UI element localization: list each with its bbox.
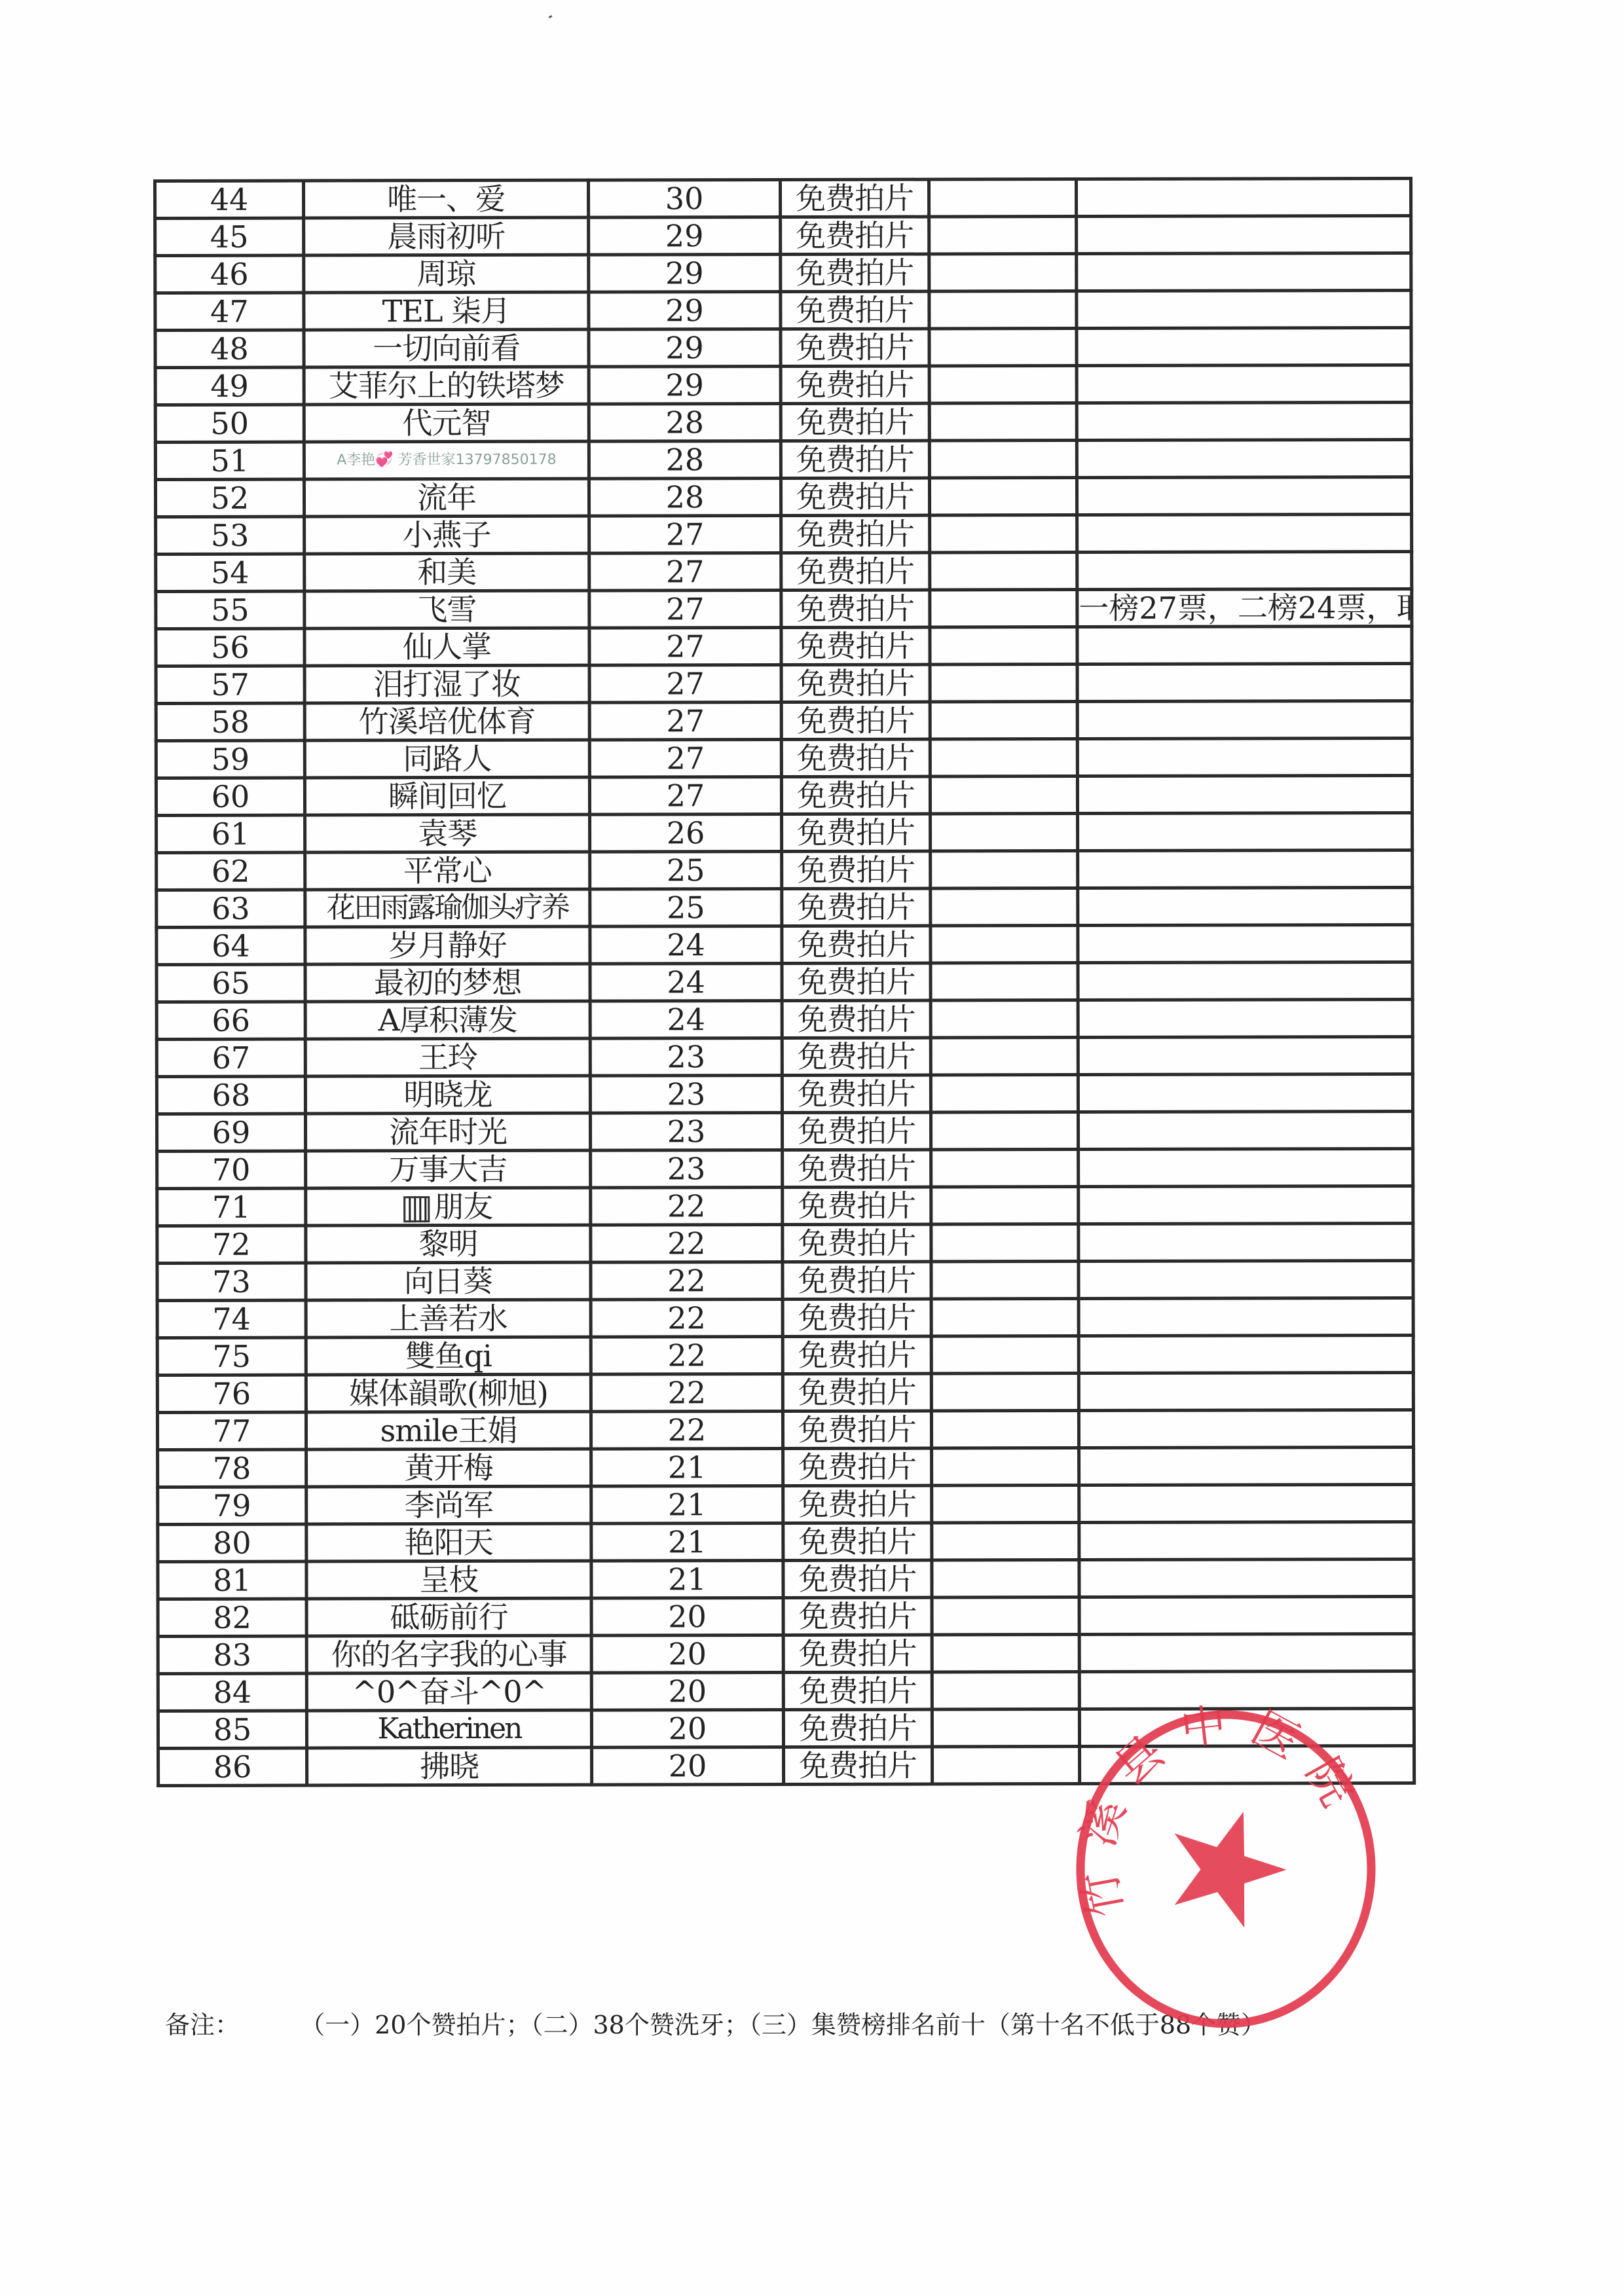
name-cell: 周琼 — [304, 255, 589, 293]
prize-cell: 免费拍片 — [781, 329, 929, 366]
name-cell: 艾菲尔上的铁塔梦 — [304, 367, 589, 405]
empty-cell — [932, 1672, 1079, 1709]
prize-cell: 免费拍片 — [782, 851, 931, 888]
table-row: 83你的名字我的心事20免费拍片 — [158, 1633, 1414, 1673]
table-row: 69流年时光23免费拍片 — [157, 1111, 1412, 1151]
name-cell: 和美 — [304, 553, 589, 591]
name-cell: 瞬间回忆 — [304, 777, 589, 815]
empty-cell — [931, 1411, 1079, 1448]
rank-cell: 61 — [157, 815, 305, 852]
prize-cell: 免费拍片 — [783, 1448, 932, 1485]
table-row: 55飞雪27免费拍片一榜27票，二榜24票，取最高 — [156, 589, 1412, 629]
table-row: 64岁月静好24免费拍片 — [157, 924, 1412, 964]
remark-line: 备注： （一）20个赞拍片；（二）38个赞洗牙；（三）集赞榜排名前十（第十名不低… — [165, 2005, 1266, 2041]
votes-cell: 23 — [591, 1150, 783, 1188]
note-cell — [1079, 1410, 1413, 1448]
empty-cell — [929, 254, 1077, 291]
prize-cell: 免费拍片 — [783, 1150, 931, 1187]
empty-cell — [932, 1560, 1079, 1597]
note-cell — [1077, 402, 1411, 440]
empty-cell — [931, 814, 1078, 851]
empty-cell — [929, 179, 1077, 217]
empty-cell — [931, 1187, 1079, 1224]
empty-cell — [931, 1075, 1078, 1112]
name-cell: 媒体韻歌(柳旭) — [306, 1374, 591, 1412]
votes-cell: 26 — [590, 814, 782, 852]
rank-cell: 69 — [157, 1114, 305, 1151]
table-row: 49艾菲尔上的铁塔梦29免费拍片 — [155, 365, 1411, 405]
table-row: 68明晓龙23免费拍片 — [157, 1074, 1412, 1114]
votes-cell: 29 — [589, 291, 781, 329]
votes-cell: 21 — [591, 1485, 783, 1523]
rank-cell: 58 — [156, 703, 304, 740]
name-cell: 呈枝 — [306, 1561, 591, 1599]
votes-cell: 20 — [592, 1747, 784, 1785]
empty-cell — [929, 403, 1077, 441]
votes-cell: 22 — [591, 1374, 783, 1412]
table-row: 67王玲23免费拍片 — [157, 1036, 1412, 1076]
rank-cell: 76 — [157, 1375, 306, 1412]
empty-cell — [931, 1150, 1079, 1187]
votes-cell: 28 — [589, 403, 781, 441]
empty-cell — [931, 1000, 1078, 1038]
name-cell: 晨雨初听 — [304, 217, 589, 255]
rank-cell: 50 — [155, 405, 304, 442]
prize-cell: 免费拍片 — [781, 478, 929, 515]
empty-cell — [930, 665, 1077, 702]
note-cell — [1079, 1708, 1414, 1746]
name-cell: 黄开梅 — [306, 1449, 591, 1487]
note-cell — [1078, 924, 1412, 962]
note-cell — [1077, 439, 1411, 477]
name-cell: 一切向前看 — [304, 329, 589, 367]
piano-icon — [403, 1196, 430, 1222]
votes-cell: 20 — [591, 1672, 783, 1710]
votes-cell: 27 — [589, 627, 781, 665]
name-cell: 黎明 — [306, 1225, 591, 1263]
note-cell — [1077, 775, 1412, 813]
name-cell: 唯一、爱 — [304, 180, 589, 218]
name-cell: 拂晓 — [307, 1747, 592, 1785]
empty-cell — [932, 1485, 1079, 1523]
name-cell: A李艳💞 芳香世家13797850178 — [304, 441, 589, 479]
votes-cell: 27 — [589, 776, 781, 814]
votes-cell: 29 — [589, 254, 781, 292]
table-row: 74上善若水22免费拍片 — [157, 1298, 1413, 1338]
scan-speck — [549, 15, 553, 18]
prize-cell: 免费拍片 — [781, 254, 929, 291]
note-cell — [1077, 327, 1411, 365]
name-cell: 砥砺前行 — [306, 1598, 591, 1636]
note-cell — [1079, 1447, 1414, 1485]
empty-cell — [932, 1597, 1079, 1635]
rank-cell: 86 — [158, 1748, 307, 1785]
table-row: 61袁琴26免费拍片 — [157, 812, 1412, 852]
name-cell: 王玲 — [305, 1038, 590, 1076]
table-row: 51A李艳💞 芳香世家1379785017828免费拍片 — [155, 439, 1411, 479]
empty-cell — [931, 1262, 1079, 1299]
rank-cell: 54 — [156, 554, 304, 591]
name-cell: 平常心 — [305, 852, 590, 890]
votes-cell: 27 — [589, 553, 781, 591]
note-cell — [1079, 1148, 1413, 1186]
name-cell: 泪打湿了妆 — [304, 665, 589, 703]
prize-cell: 免费拍片 — [781, 441, 929, 478]
prize-cell: 免费拍片 — [782, 814, 931, 851]
prize-cell: 免费拍片 — [783, 1411, 931, 1448]
note-cell — [1077, 663, 1412, 701]
rank-cell: 49 — [155, 367, 304, 405]
votes-cell: 27 — [589, 590, 781, 628]
votes-cell: 22 — [591, 1262, 783, 1300]
votes-cell: 21 — [591, 1560, 783, 1598]
rank-cell: 48 — [155, 330, 304, 367]
empty-cell — [930, 627, 1077, 665]
rank-cell: 55 — [156, 591, 304, 629]
votes-cell: 24 — [590, 1000, 782, 1038]
table-row: 84^0^奋斗^0^20免费拍片 — [158, 1671, 1414, 1711]
rank-cell: 84 — [158, 1673, 306, 1711]
table-row: 53小燕子27免费拍片 — [156, 514, 1412, 554]
table-row: 71朋友22免费拍片 — [157, 1186, 1413, 1226]
table-row: 59同路人27免费拍片 — [156, 738, 1412, 778]
prize-cell: 免费拍片 — [782, 1000, 931, 1038]
name-text: 朋友 — [434, 1189, 492, 1224]
table-row: 57泪打湿了妆27免费拍片 — [156, 663, 1412, 703]
table-row: 52流年28免费拍片 — [155, 477, 1411, 517]
prize-cell: 免费拍片 — [782, 963, 931, 1000]
note-cell — [1077, 477, 1411, 515]
table-row: 82砥砺前行20免费拍片 — [158, 1596, 1414, 1636]
prize-cell: 免费拍片 — [781, 366, 929, 403]
name-cell: 最初的梦想 — [305, 964, 590, 1002]
empty-cell — [930, 776, 1077, 814]
prize-cell: 免费拍片 — [783, 1187, 931, 1224]
empty-cell — [932, 1448, 1079, 1485]
rank-cell: 47 — [155, 293, 304, 330]
prize-cell: 免费拍片 — [781, 403, 929, 441]
note-cell — [1077, 253, 1411, 291]
rank-cell: 67 — [157, 1039, 305, 1076]
prize-cell: 免费拍片 — [783, 1560, 932, 1597]
empty-cell — [931, 1112, 1078, 1150]
table-row: 75雙鱼qi22免费拍片 — [157, 1335, 1413, 1375]
rank-cell: 74 — [157, 1300, 306, 1338]
prize-cell: 免费拍片 — [781, 179, 929, 217]
table-row: 72黎明22免费拍片 — [157, 1223, 1413, 1263]
note-cell — [1079, 1559, 1414, 1597]
note-cell — [1077, 626, 1412, 664]
votes-cell: 28 — [589, 478, 781, 516]
votes-cell: 25 — [590, 851, 782, 889]
prize-cell: 免费拍片 — [782, 1075, 931, 1112]
table-row: 86拂晓20免费拍片 — [158, 1745, 1414, 1785]
table-row: 63花田雨露瑜伽头疗养25免费拍片 — [157, 887, 1412, 927]
prize-cell: 免费拍片 — [781, 665, 930, 702]
name-cell: Katherinen — [306, 1710, 591, 1748]
rank-cell: 70 — [157, 1151, 306, 1188]
empty-cell — [929, 441, 1077, 478]
note-cell: 一榜27票，二榜24票，取最高 — [1077, 589, 1412, 627]
rank-cell: 59 — [156, 740, 304, 778]
empty-cell — [930, 553, 1077, 590]
rank-cell: 64 — [157, 927, 305, 964]
ranking-table: 44唯一、爱30免费拍片45晨雨初听29免费拍片46周琼29免费拍片47TEL … — [153, 177, 1416, 1787]
empty-cell — [929, 478, 1077, 515]
empty-cell — [930, 515, 1077, 553]
rank-cell: 51 — [155, 442, 304, 479]
votes-cell: 22 — [591, 1336, 783, 1374]
table-row: 77smile王娟22免费拍片 — [157, 1410, 1413, 1449]
prize-cell: 免费拍片 — [783, 1224, 931, 1262]
rank-cell: 81 — [158, 1561, 306, 1599]
name-cell: 万事大吉 — [306, 1150, 591, 1188]
empty-cell — [932, 1709, 1079, 1747]
note-cell — [1079, 1522, 1414, 1559]
name-cell: 仙人掌 — [304, 628, 589, 666]
note-cell — [1077, 514, 1412, 552]
rank-cell: 66 — [157, 1002, 305, 1039]
note-cell — [1078, 1074, 1412, 1112]
table-row: 66A厚积薄发24免费拍片 — [157, 999, 1412, 1039]
votes-cell: 23 — [590, 1038, 782, 1076]
rank-cell: 78 — [158, 1449, 306, 1487]
votes-cell: 20 — [591, 1597, 783, 1635]
table-row: 46周琼29免费拍片 — [155, 253, 1411, 293]
empty-cell — [931, 1038, 1078, 1075]
name-cell: smile王娟 — [306, 1412, 591, 1449]
rank-cell: 83 — [158, 1636, 306, 1673]
table-row: 70万事大吉23免费拍片 — [157, 1148, 1413, 1188]
name-cell: 明晓龙 — [305, 1076, 590, 1114]
table-row: 62平常心25免费拍片 — [157, 850, 1412, 890]
empty-cell — [931, 963, 1078, 1000]
empty-cell — [929, 329, 1077, 366]
votes-cell: 27 — [589, 665, 781, 702]
votes-cell: 22 — [591, 1187, 783, 1225]
name-cell: 小燕子 — [304, 516, 589, 554]
name-cell: 同路人 — [304, 740, 589, 778]
rank-cell: 65 — [157, 964, 305, 1002]
votes-cell: 27 — [589, 739, 781, 777]
note-cell — [1079, 1298, 1413, 1336]
rank-cell: 63 — [157, 890, 305, 927]
name-cell: 雙鱼qi — [306, 1337, 591, 1375]
note-cell — [1080, 1745, 1414, 1783]
prize-cell: 免费拍片 — [783, 1485, 932, 1523]
prize-cell: 免费拍片 — [781, 627, 930, 665]
votes-cell: 27 — [589, 702, 781, 740]
rank-cell: 79 — [158, 1487, 306, 1524]
prize-cell: 免费拍片 — [781, 553, 930, 590]
name-cell: 向日葵 — [306, 1262, 591, 1300]
prize-cell: 免费拍片 — [783, 1709, 932, 1747]
rank-cell: 57 — [156, 666, 304, 703]
rank-cell: 77 — [157, 1412, 306, 1449]
name-cell: 流年时光 — [305, 1113, 590, 1151]
note-cell — [1079, 1484, 1414, 1522]
rank-cell: 46 — [155, 255, 304, 293]
remark-text: （一）20个赞拍片；（二）38个赞洗牙；（三）集赞榜排名前十（第十名不低于88个… — [300, 2011, 1266, 2039]
table-row: 81呈枝21免费拍片 — [158, 1559, 1414, 1599]
star-icon — [1153, 1793, 1299, 1934]
prize-cell: 免费拍片 — [783, 1336, 931, 1374]
prize-cell: 免费拍片 — [783, 1635, 932, 1672]
votes-cell: 29 — [589, 329, 781, 367]
prize-cell: 免费拍片 — [781, 590, 930, 627]
table-row: 56仙人掌27免费拍片 — [156, 626, 1412, 666]
prize-cell: 免费拍片 — [781, 217, 929, 254]
prize-cell: 免费拍片 — [781, 739, 930, 776]
rank-cell: 71 — [157, 1188, 306, 1226]
table-row: 54和美27免费拍片 — [156, 551, 1412, 591]
prize-cell: 免费拍片 — [783, 1672, 932, 1709]
empty-cell — [931, 1374, 1079, 1411]
votes-cell: 24 — [590, 963, 782, 1001]
prize-cell: 免费拍片 — [782, 1112, 931, 1150]
name-cell: 竹溪培优体育 — [304, 702, 589, 740]
empty-cell — [931, 1299, 1079, 1336]
note-cell — [1078, 887, 1412, 925]
rank-cell: 80 — [158, 1524, 306, 1561]
name-cell: 花田雨露瑜伽头疗养 — [305, 889, 590, 927]
name-cell: 朋友 — [306, 1188, 591, 1226]
empty-cell — [929, 291, 1077, 329]
votes-cell: 20 — [591, 1709, 783, 1747]
note-cell — [1079, 1260, 1413, 1298]
empty-cell — [932, 1523, 1079, 1560]
table-row: 44唯一、爱30免费拍片 — [155, 178, 1411, 218]
votes-cell: 24 — [590, 926, 782, 964]
note-cell — [1078, 1036, 1412, 1074]
note-cell — [1077, 290, 1411, 328]
rank-cell: 44 — [155, 181, 304, 218]
prize-cell: 免费拍片 — [783, 1299, 931, 1336]
table-row: 50代元智28免费拍片 — [155, 402, 1411, 442]
note-cell — [1078, 1111, 1412, 1149]
table-row: 58竹溪培优体育27免费拍片 — [156, 701, 1412, 740]
name-cell: TEL 柒月 — [304, 292, 589, 330]
empty-cell — [930, 739, 1077, 776]
name-cell: 岁月静好 — [305, 926, 590, 964]
votes-cell: 30 — [589, 179, 781, 217]
rank-cell: 52 — [155, 479, 304, 517]
note-cell — [1079, 1671, 1414, 1709]
prize-cell: 免费拍片 — [783, 1597, 932, 1635]
empty-cell — [932, 1635, 1079, 1672]
votes-cell: 27 — [589, 515, 781, 553]
rank-cell: 56 — [156, 629, 304, 666]
empty-cell — [931, 851, 1078, 888]
document-page: 44唯一、爱30免费拍片45晨雨初听29免费拍片46周琼29免费拍片47TEL … — [0, 0, 1624, 2296]
prize-cell: 免费拍片 — [783, 1374, 931, 1411]
note-cell — [1078, 812, 1412, 850]
name-cell: ^0^奋斗^0^ — [306, 1673, 591, 1711]
rank-cell: 45 — [155, 218, 304, 255]
note-cell — [1077, 701, 1412, 738]
votes-cell: 25 — [590, 888, 782, 926]
note-cell — [1077, 551, 1412, 589]
note-cell — [1079, 1372, 1413, 1410]
rank-cell: 60 — [156, 778, 304, 815]
votes-cell: 21 — [591, 1523, 783, 1561]
empty-cell — [931, 1224, 1079, 1262]
empty-cell — [931, 1336, 1079, 1374]
table-row: 80艳阳天21免费拍片 — [158, 1522, 1414, 1561]
name-cell: 袁琴 — [305, 814, 590, 852]
table-row: 48一切向前看29免费拍片 — [155, 327, 1411, 367]
empty-cell — [929, 366, 1077, 403]
votes-cell: 29 — [589, 366, 781, 404]
remark-label: 备注： — [165, 2011, 240, 2039]
table-row: 45晨雨初听29免费拍片 — [155, 215, 1411, 255]
name-cell: 流年 — [304, 479, 589, 517]
note-cell — [1077, 178, 1411, 216]
rank-cell: 62 — [157, 852, 305, 890]
note-cell — [1079, 1633, 1414, 1671]
name-cell: 你的名字我的心事 — [306, 1635, 591, 1673]
note-cell — [1079, 1223, 1413, 1261]
empty-cell — [929, 217, 1077, 254]
votes-cell: 20 — [591, 1635, 783, 1673]
note-cell — [1079, 1186, 1413, 1224]
empty-cell — [931, 926, 1078, 963]
prize-cell: 免费拍片 — [781, 776, 930, 814]
votes-cell: 23 — [590, 1112, 782, 1150]
votes-cell: 28 — [589, 441, 781, 479]
rank-cell: 72 — [157, 1226, 306, 1263]
prize-cell: 免费拍片 — [781, 702, 930, 739]
rank-cell: 85 — [158, 1711, 306, 1748]
name-cell: A厚积薄发 — [305, 1001, 590, 1039]
table-row: 85Katherinen20免费拍片 — [158, 1708, 1414, 1748]
rank-cell: 82 — [158, 1599, 306, 1636]
prize-cell: 免费拍片 — [782, 1038, 931, 1075]
votes-cell: 23 — [590, 1075, 782, 1113]
table-row: 78黄开梅21免费拍片 — [158, 1447, 1414, 1487]
rank-cell: 75 — [157, 1338, 306, 1375]
note-cell — [1078, 999, 1412, 1037]
empty-cell — [930, 590, 1077, 627]
prize-cell: 免费拍片 — [783, 1523, 932, 1560]
rank-cell: 53 — [156, 517, 304, 554]
note-cell — [1077, 738, 1412, 776]
empty-cell — [930, 702, 1077, 739]
prize-cell: 免费拍片 — [781, 291, 929, 329]
prize-cell: 免费拍片 — [782, 926, 931, 963]
name-cell: 艳阳天 — [306, 1523, 591, 1561]
votes-cell: 22 — [591, 1224, 783, 1262]
name-cell: 李尚军 — [306, 1486, 591, 1524]
note-cell — [1078, 850, 1412, 888]
table-row: 60瞬间回忆27免费拍片 — [156, 775, 1412, 815]
votes-cell: 21 — [591, 1448, 783, 1486]
prize-cell: 免费拍片 — [784, 1747, 932, 1784]
empty-cell — [932, 1747, 1080, 1784]
note-cell — [1079, 1596, 1414, 1634]
name-cell: 上善若水 — [306, 1300, 591, 1338]
table-row: 79李尚军21免费拍片 — [158, 1484, 1414, 1524]
rank-cell: 73 — [157, 1263, 306, 1300]
note-cell — [1077, 365, 1411, 403]
table-row: 76媒体韻歌(柳旭)22免费拍片 — [157, 1372, 1413, 1412]
table-row: 47TEL 柒月29免费拍片 — [155, 290, 1411, 330]
votes-cell: 22 — [591, 1299, 783, 1337]
table-row: 73向日葵22免费拍片 — [157, 1260, 1413, 1300]
empty-cell — [931, 888, 1078, 926]
note-cell — [1077, 215, 1411, 253]
note-cell — [1079, 1335, 1413, 1373]
